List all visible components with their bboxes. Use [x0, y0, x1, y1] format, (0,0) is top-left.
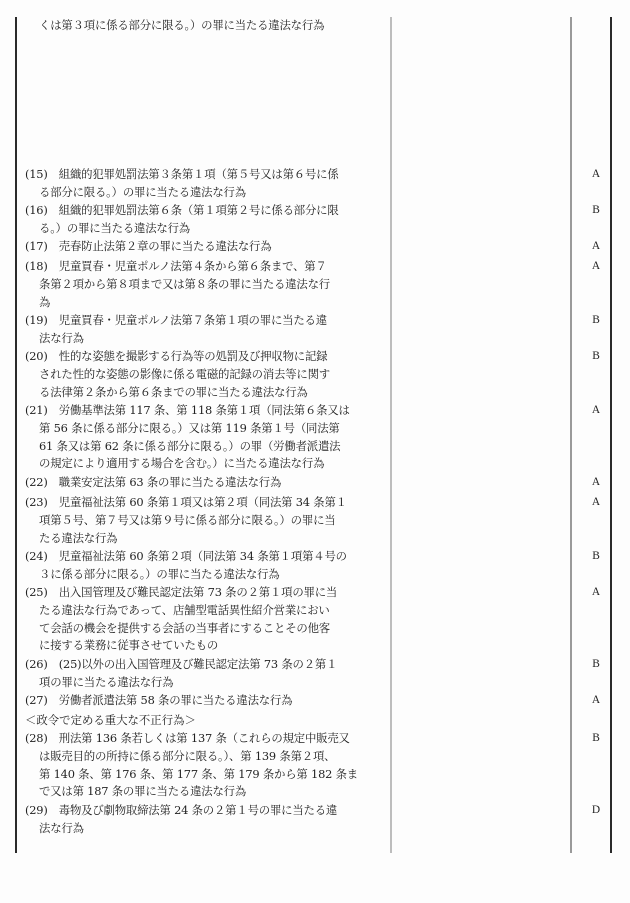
grade-cell: A	[589, 258, 603, 276]
row-text-line: (17) 売春防止法第２章の罪に当たる違法な行為	[25, 238, 390, 256]
grade-cell: A	[589, 238, 603, 256]
row-text: (21) 労働基準法第 117 条、第 118 条第１項（同法第６条又は第 56…	[25, 402, 390, 473]
row-text-line: で又は第 187 条の罪に当たる違法な行為	[25, 783, 390, 801]
row-text-line: された性的な姿態の影像に係る電磁的記録の消去等に関す	[25, 366, 390, 384]
row-text-line: る法律第２条から第６条までの罪に当たる違法な行為	[25, 384, 390, 402]
grade-cell: A	[589, 692, 603, 710]
column-divider-description	[390, 17, 392, 853]
row-text-line: る部分に限る。）の罪に当たる違法な行為	[25, 184, 390, 202]
grade-cell: B	[589, 730, 603, 748]
row-text-line: たる違法な行為	[25, 530, 390, 548]
grade-cell: A	[589, 584, 603, 602]
row-text-line: (24) 児童福祉法第 60 条第２項（同法第 34 条第１項第４号の	[25, 548, 390, 566]
continuation-text: くは第３項に係る部分に限る。）の罪に当たる違法な行為	[25, 17, 390, 35]
row-text: (16) 組織的犯罪処罰法第６条（第１項第２号に係る部分に限る。）の罪に当たる違…	[25, 202, 390, 238]
row-text: (18) 児童買春・児童ポルノ法第４条から第６条まで、第７条第２項から第８項まで…	[25, 258, 390, 311]
row-text-line: 61 条又は第 62 条に係る部分に限る。）の罪（労働者派遣法	[25, 438, 390, 456]
row-text: (25) 出入国管理及び難民認定法第 73 条の２第１項の罪に当たる違法な行為で…	[25, 584, 390, 655]
row-text-line: に接する業務に従事させていたもの	[25, 637, 390, 655]
row-text-line: (15) 組織的犯罪処罰法第３条第１項（第５号又は第６号に係	[25, 166, 390, 184]
row-text-line: 第 56 条に係る部分に限る。）又は第 119 条第１号（同法第	[25, 420, 390, 438]
row-text-line: (27) 労働者派遣法第 58 条の罪に当たる違法な行為	[25, 692, 390, 710]
table-left-border	[15, 17, 17, 853]
row-text-line: (29) 毒物及び劇物取締法第 24 条の２第１号の罪に当たる違	[25, 802, 390, 820]
grade-cell: B	[589, 312, 603, 330]
row-text-line: (26) (25)以外の出入国管理及び難民認定法第 73 条の２第１	[25, 656, 390, 674]
row-text-line: (19) 児童買春・児童ポルノ法第７条第１項の罪に当たる違	[25, 312, 390, 330]
row-text: (15) 組織的犯罪処罰法第３条第１項（第５号又は第６号に係る部分に限る。）の罪…	[25, 166, 390, 202]
row-text-line: (28) 刑法第 136 条若しくは第 137 条（これらの規定中販売又	[25, 730, 390, 748]
row-text: (26) (25)以外の出入国管理及び難民認定法第 73 条の２第１項の罪に当た…	[25, 656, 390, 692]
row-text-line: 項第５号、第７号又は第９号に係る部分に限る。）の罪に当	[25, 512, 390, 530]
grade-cell: D	[589, 802, 603, 820]
row-text-line: る。）の罪に当たる違法な行為	[25, 220, 390, 238]
grade-cell: A	[589, 494, 603, 512]
row-text: (24) 児童福祉法第 60 条第２項（同法第 34 条第１項第４号の３に係る部…	[25, 548, 390, 584]
row-text: (19) 児童買春・児童ポルノ法第７条第１項の罪に当たる違法な行為	[25, 312, 390, 348]
row-text-line: (23) 児童福祉法第 60 条第１項又は第２項（同法第 34 条第１	[25, 494, 390, 512]
row-text-line: (25) 出入国管理及び難民認定法第 73 条の２第１項の罪に当	[25, 584, 390, 602]
row-text-line: たる違法な行為であって、店舗型電話異性紹介営業におい	[25, 602, 390, 620]
grade-cell: B	[589, 548, 603, 566]
row-text: (29) 毒物及び劇物取締法第 24 条の２第１号の罪に当たる違法な行為	[25, 802, 390, 838]
row-text: (27) 労働者派遣法第 58 条の罪に当たる違法な行為	[25, 692, 390, 710]
offense-table: くは第３項に係る部分に限る。）の罪に当たる違法な行為 (15) 組織的犯罪処罰法…	[15, 17, 612, 853]
row-text-line: は販売目的の所持に係る部分に限る。）、第 139 条第２項、	[25, 748, 390, 766]
row-text-line: 第 140 条、第 176 条、第 177 条、第 179 条から第 182 条…	[25, 766, 390, 784]
grade-cell: B	[589, 348, 603, 366]
row-text: (17) 売春防止法第２章の罪に当たる違法な行為	[25, 238, 390, 256]
row-text-line: の規定により適用する場合を含む。）に当たる違法な行為	[25, 455, 390, 473]
row-text-line: 項の罪に当たる違法な行為	[25, 674, 390, 692]
row-text: (28) 刑法第 136 条若しくは第 137 条（これらの規定中販売又は販売目…	[25, 730, 390, 801]
grade-cell: A	[589, 166, 603, 184]
row-text-line: (22) 職業安定法第 63 条の罪に当たる違法な行為	[25, 474, 390, 492]
section-heading: ＜政令で定める重大な不正行為＞	[25, 712, 196, 730]
column-divider-grade	[570, 17, 572, 853]
row-text-line: 為	[25, 294, 390, 312]
grade-cell: A	[589, 402, 603, 420]
row-text-line: 条第２項から第８項まで又は第８条の罪に当たる違法な行	[25, 276, 390, 294]
row-text-line: (16) 組織的犯罪処罰法第６条（第１項第２号に係る部分に限	[25, 202, 390, 220]
row-text-line: (18) 児童買春・児童ポルノ法第４条から第６条まで、第７	[25, 258, 390, 276]
row-text-line: て会話の機会を提供する会話の当事者にすることその他客	[25, 620, 390, 638]
row-text: (23) 児童福祉法第 60 条第１項又は第２項（同法第 34 条第１項第５号、…	[25, 494, 390, 547]
row-text-line: (20) 性的な姿態を撮影する行為等の処罰及び押収物に記録	[25, 348, 390, 366]
row-text-line: 法な行為	[25, 820, 390, 838]
grade-cell: B	[589, 656, 603, 674]
grade-cell: B	[589, 202, 603, 220]
row-text: (22) 職業安定法第 63 条の罪に当たる違法な行為	[25, 474, 390, 492]
row-text-line: ３に係る部分に限る。）の罪に当たる違法な行為	[25, 566, 390, 584]
row-text: (20) 性的な姿態を撮影する行為等の処罰及び押収物に記録された性的な姿態の影像…	[25, 348, 390, 401]
grade-cell: A	[589, 474, 603, 492]
row-text-line: 法な行為	[25, 330, 390, 348]
row-text-line: (21) 労働基準法第 117 条、第 118 条第１項（同法第６条又は	[25, 402, 390, 420]
row-text: くは第３項に係る部分に限る。）の罪に当たる違法な行為	[25, 17, 390, 35]
table-right-border	[610, 17, 612, 853]
